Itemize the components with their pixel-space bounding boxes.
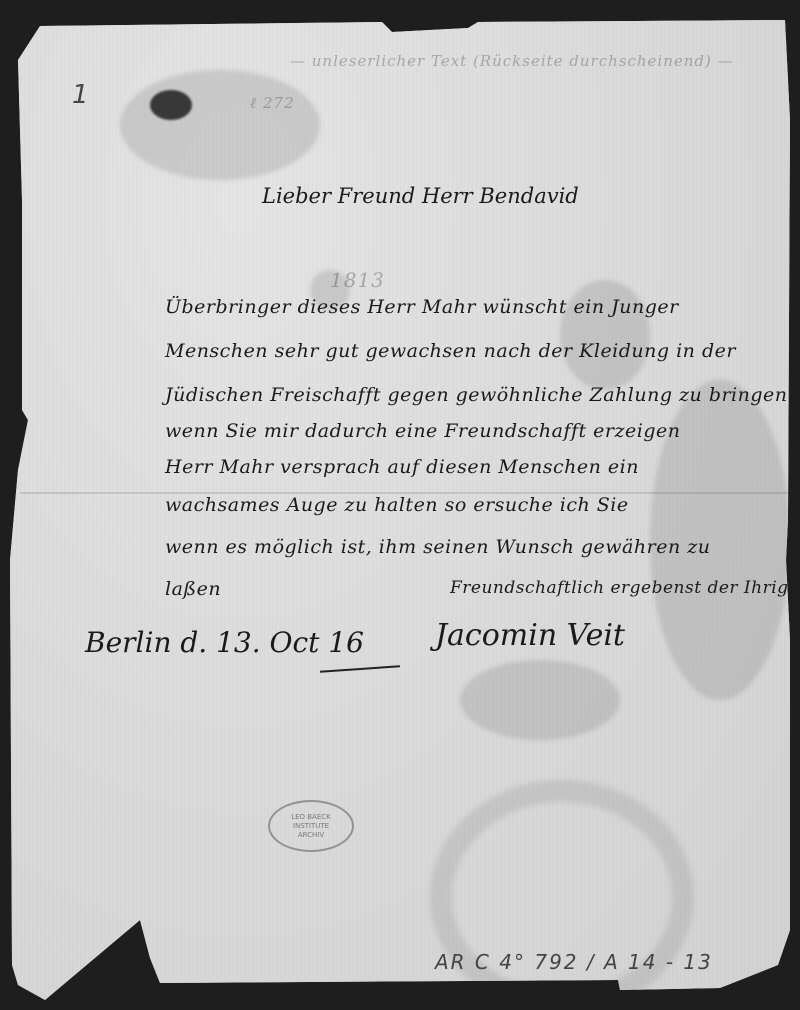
body-line: laßen (165, 578, 221, 600)
body-line: Menschen sehr gut gewachsen nach der Kle… (165, 340, 736, 362)
stamp-line: INSTITUTE (293, 822, 329, 831)
body-line: wachsames Auge zu halten so ersuche ich … (165, 494, 629, 516)
ink-blot (150, 90, 192, 120)
date-underline (320, 665, 400, 673)
body-line: Jüdischen Freischafft gegen gewöhnliche … (165, 384, 788, 406)
bleed-through-text: ℓ 272 (250, 94, 295, 113)
body-line: wenn es möglich ist, ihm seinen Wunsch g… (165, 536, 710, 558)
archive-shelfmark: AR C 4° 792 / A 14 - 13 (435, 950, 713, 974)
salutation: Lieber Freund Herr Bendavid (262, 184, 579, 208)
archive-stamp: LEO BAECK INSTITUTE ARCHIV (268, 800, 354, 852)
water-stain (120, 70, 320, 180)
place-date: Berlin d. 13. Oct 16 (85, 626, 364, 659)
body-line: Herr Mahr versprach auf diesen Menschen … (165, 456, 639, 478)
body-line: Überbringer dieses Herr Mahr wünscht ein… (165, 296, 679, 318)
body-line: wenn Sie mir dadurch eine Freundschafft … (165, 420, 681, 442)
stamp-line: ARCHIV (298, 831, 324, 840)
water-stain (460, 660, 620, 740)
closing-formula: Freundschaftlich ergebenst der Ihrige (450, 578, 799, 598)
cup-ring-stain (430, 780, 694, 1010)
page-number: 1 (72, 80, 91, 110)
stamp-line: LEO BAECK (291, 813, 331, 822)
signature: Jacomin Veit (435, 618, 625, 653)
letter-page: — unleserlicher Text (Rückseite durchsch… (0, 0, 800, 1010)
bleed-through-text: — unleserlicher Text (Rückseite durchsch… (290, 52, 734, 70)
bleed-through-text: 1813 (330, 268, 385, 292)
